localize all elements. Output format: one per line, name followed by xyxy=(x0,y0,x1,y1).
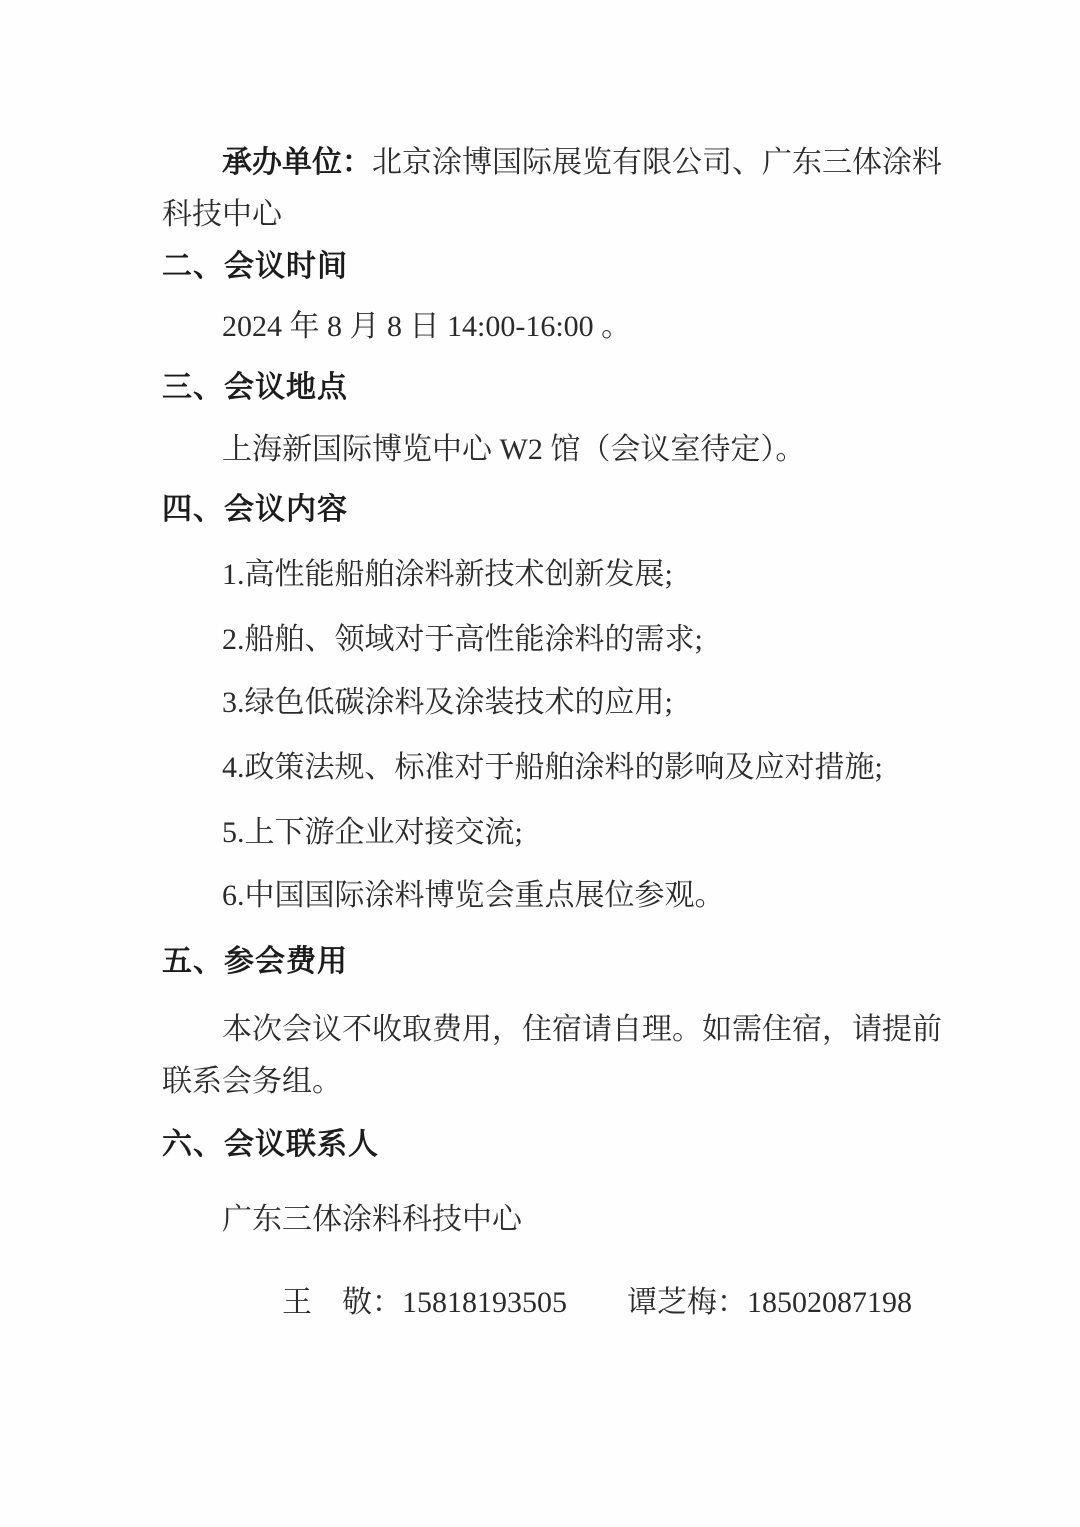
section-heading-place: 三、会议地点 xyxy=(162,362,960,414)
contact-persons-text: 王 敬：15818193505 谭芝梅：18502087198 xyxy=(162,1277,960,1329)
organizer-text-line2: 科技中心 xyxy=(162,198,282,231)
section-heading-time: 二、会议时间 xyxy=(162,241,960,293)
meeting-time-text: 2024 年 8 月 8 日 14:00-16:00 。 xyxy=(162,301,960,353)
content-item-6: 6.中国国际涂料博览会重点展位参观。 xyxy=(162,870,960,922)
fee-paragraph: 本次会议不收取费用，住宿请自理。如需住宿，请提前 联系会务组。 xyxy=(162,1004,960,1108)
content-item-4: 4.政策法规、标准对于船舶涂料的影响及应对措施; xyxy=(162,742,960,794)
section-heading-content: 四、会议内容 xyxy=(162,484,960,536)
fee-text-line1: 本次会议不收取费用，住宿请自理。如需住宿，请提前 xyxy=(222,1013,942,1046)
fee-text-line2: 联系会务组。 xyxy=(162,1065,342,1098)
contact-org-text: 广东三体涂料科技中心 xyxy=(162,1194,960,1246)
content-item-1: 1.高性能船舶涂料新技术创新发展; xyxy=(162,549,960,601)
content-item-3: 3.绿色低碳涂料及涂装技术的应用; xyxy=(162,677,960,729)
organizer-paragraph: 承办单位：北京涂博国际展览有限公司、广东三体涂料 科技中心 xyxy=(162,137,960,241)
document-page: 承办单位：北京涂博国际展览有限公司、广东三体涂料 科技中心 二、会议时间 202… xyxy=(0,0,1080,1527)
organizer-label: 承办单位： xyxy=(222,146,372,179)
section-heading-fee: 五、参会费用 xyxy=(162,936,960,988)
organizer-text-line1: 北京涂博国际展览有限公司、广东三体涂料 xyxy=(372,146,942,179)
content-item-5: 5.上下游企业对接交流; xyxy=(162,807,960,859)
section-heading-contact: 六、会议联系人 xyxy=(162,1119,960,1171)
content-item-2: 2.船舶、领域对于高性能涂料的需求; xyxy=(162,614,960,666)
meeting-place-text: 上海新国际博览中心 W2 馆（会议室待定）。 xyxy=(162,424,960,476)
